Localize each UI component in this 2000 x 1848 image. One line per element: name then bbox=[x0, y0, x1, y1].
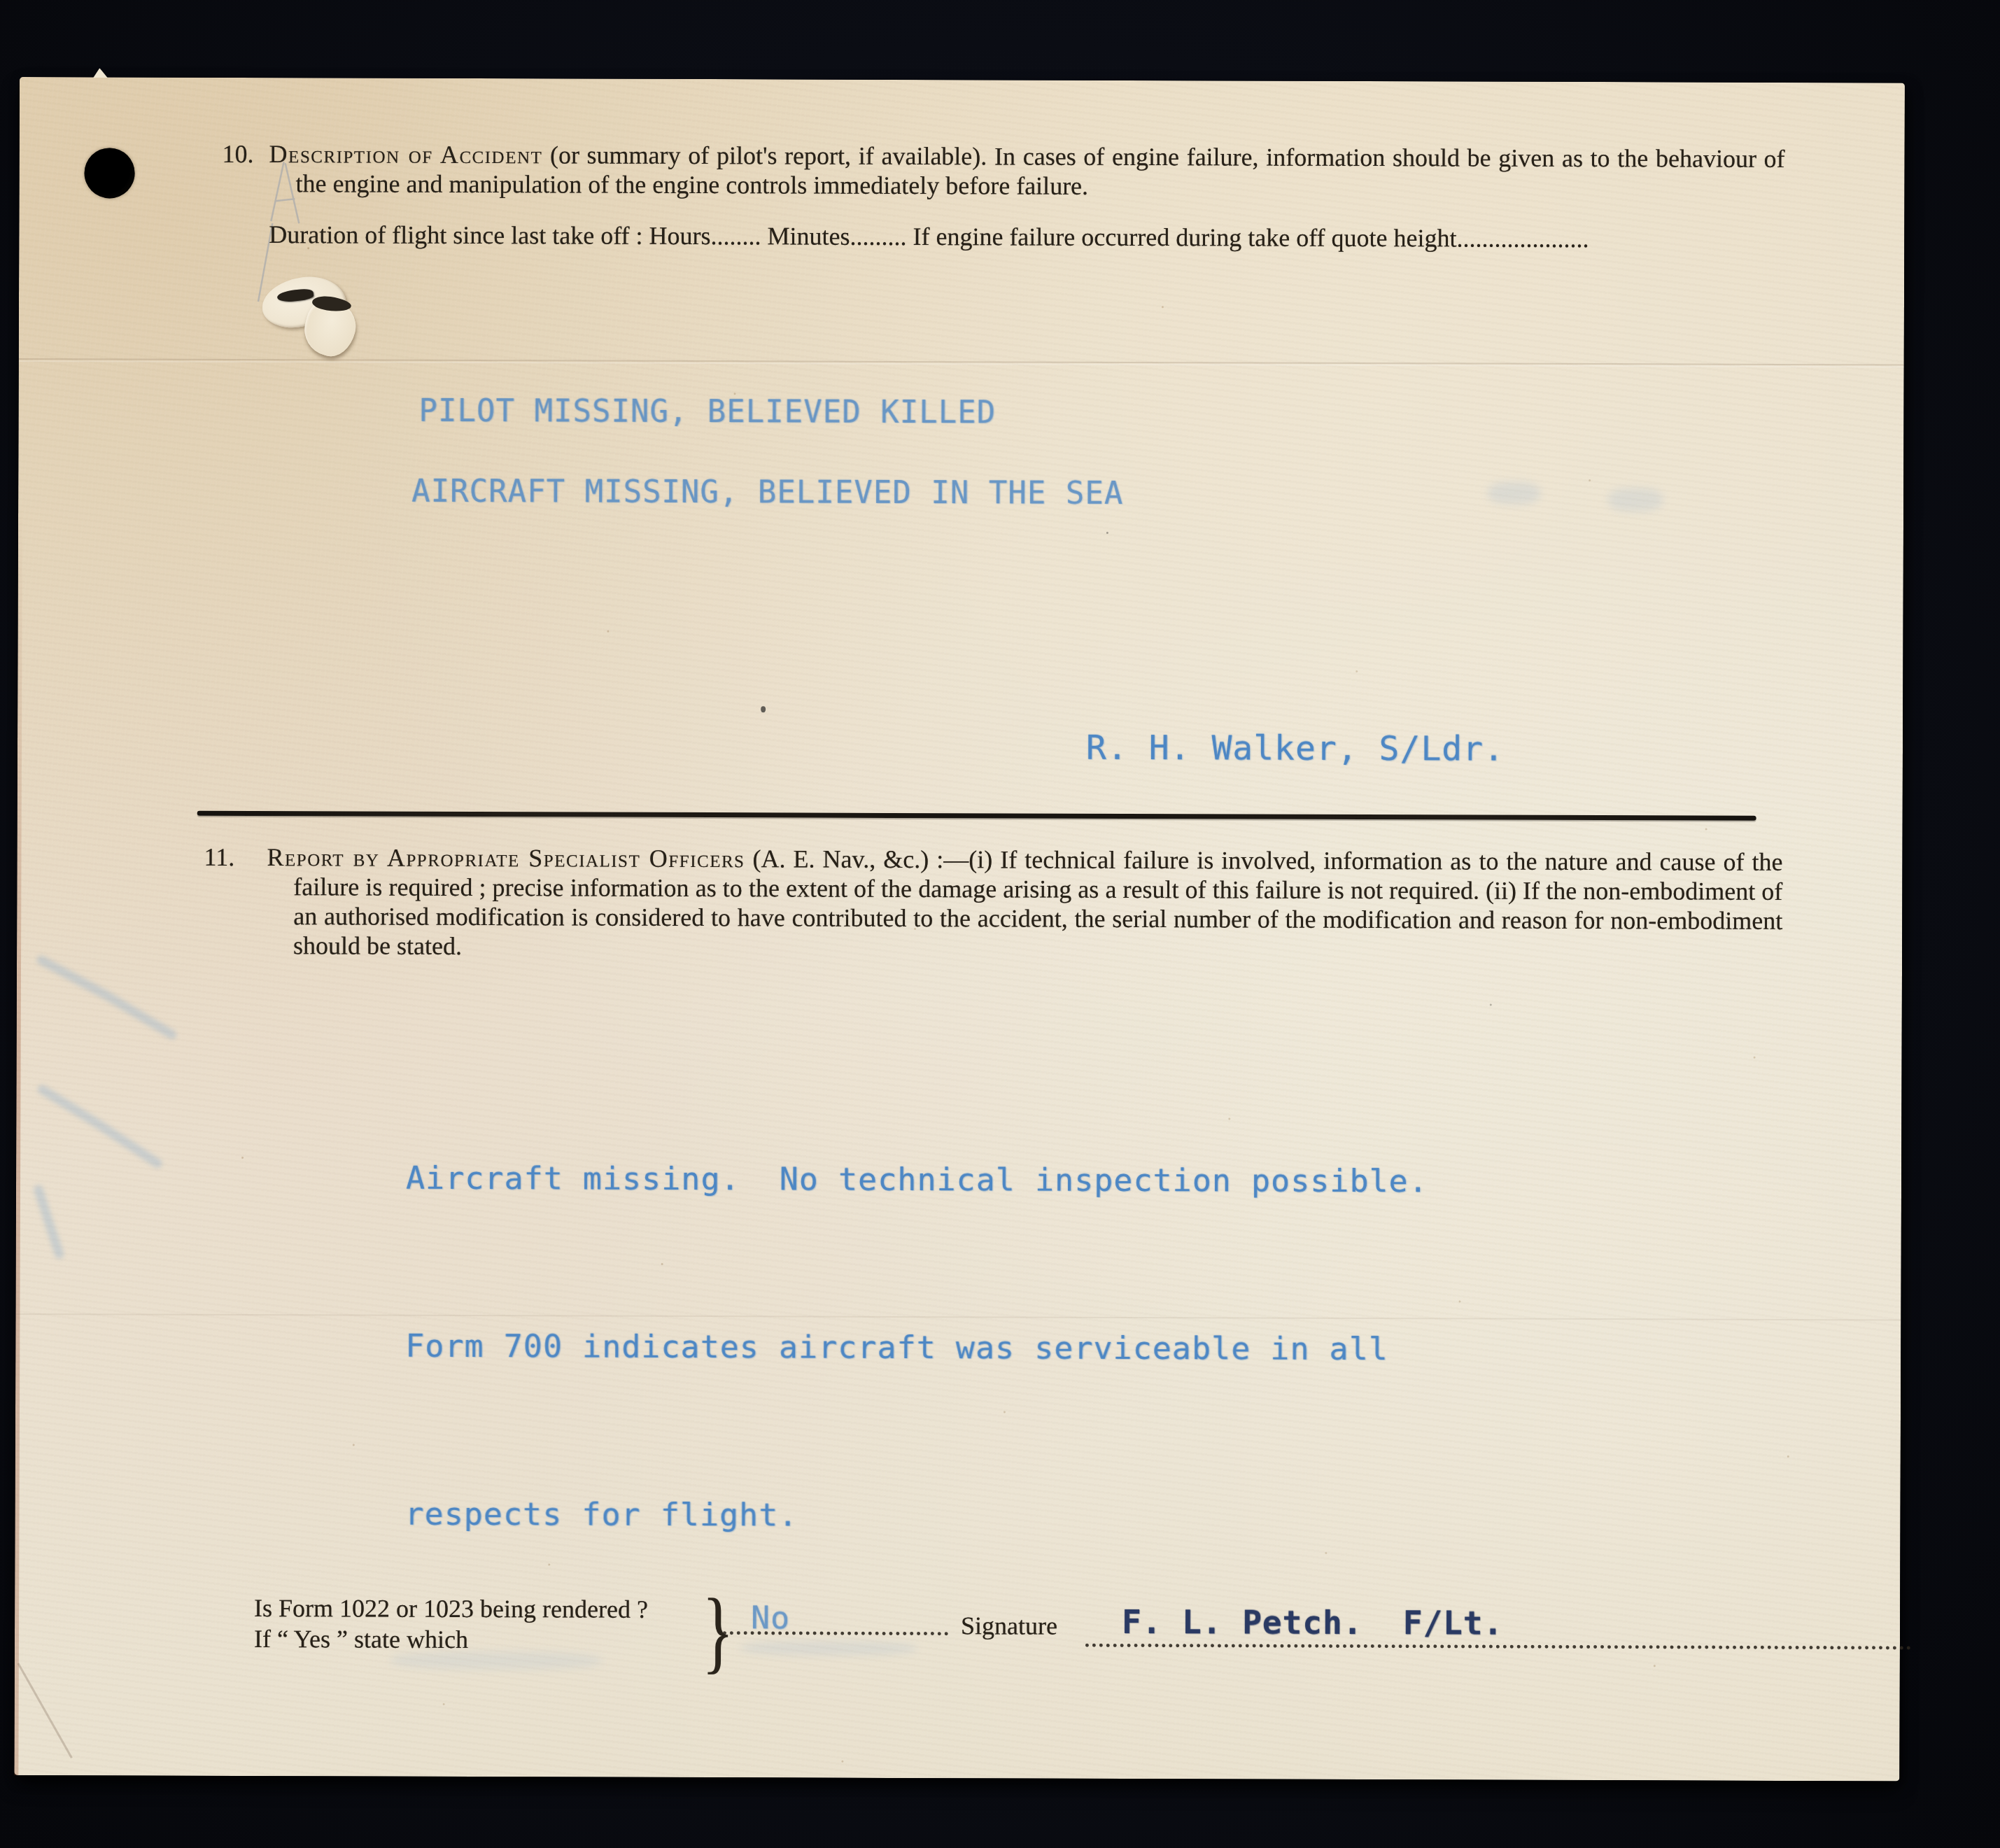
typed-aircraft-missing-line: AIRCRAFT MISSING, BELIEVED IN THE SEA bbox=[411, 474, 1123, 512]
paper-specks bbox=[20, 77, 22, 79]
form-1022-question-line-2: If “ Yes ” state which bbox=[254, 1624, 468, 1654]
typed-walker-signoff: R. H. Walker, S/Ldr. bbox=[1086, 728, 1505, 769]
section-11-heading: Report by Appropriate Specialist Officer… bbox=[267, 842, 1783, 965]
section-10-number: 10. bbox=[223, 139, 254, 169]
paper-tear bbox=[262, 270, 364, 358]
section-divider-rule bbox=[197, 811, 1756, 821]
paper-left-edge-tinge bbox=[14, 77, 24, 1775]
duration-of-flight-line: Duration of flight since last take off :… bbox=[269, 220, 1589, 253]
typed-petch-signature: F. L. Petch. F/Lt. bbox=[1122, 1603, 1503, 1642]
typed-pilot-missing-line: PILOT MISSING, BELIEVED KILLED bbox=[418, 393, 996, 431]
section-11-number: 11. bbox=[204, 842, 234, 872]
section-11-heading-smallcaps: Report by Appropriate Specialist Officer… bbox=[267, 843, 745, 873]
ink-ghost-smudge bbox=[1608, 488, 1663, 512]
ink-ghost-smudge bbox=[741, 1641, 916, 1656]
scanner-background: { "colors": { "paper": "#e9dfc9", "ink_p… bbox=[0, 0, 2000, 1848]
ink-ghost-smudge bbox=[391, 1651, 601, 1670]
ink-speck bbox=[761, 706, 766, 712]
document-paper: 10. Description of Accident (or summary … bbox=[14, 77, 1905, 1781]
paper-top-edge-nick bbox=[90, 68, 108, 78]
typed-report-line-1: Aircraft missing. No technical inspectio… bbox=[406, 1150, 1428, 1210]
typed-report-line-3: respects for flight. bbox=[404, 1486, 1427, 1546]
signature-label: Signature bbox=[961, 1611, 1057, 1640]
answer-dotted-line bbox=[723, 1631, 948, 1635]
section-10-heading: Description of Accident (or summary of p… bbox=[269, 139, 1784, 203]
typed-specialist-report: Aircraft missing. No technical inspectio… bbox=[404, 1038, 1429, 1658]
punch-hole bbox=[84, 148, 134, 198]
form-1022-question-line-1: Is Form 1022 or 1023 being rendered ? bbox=[254, 1593, 648, 1624]
ink-ghost-smudge bbox=[1488, 482, 1540, 505]
section-10-heading-smallcaps: Description of Accident bbox=[269, 140, 543, 169]
typed-report-line-2: Form 700 indicates aircraft was servicea… bbox=[405, 1318, 1428, 1378]
